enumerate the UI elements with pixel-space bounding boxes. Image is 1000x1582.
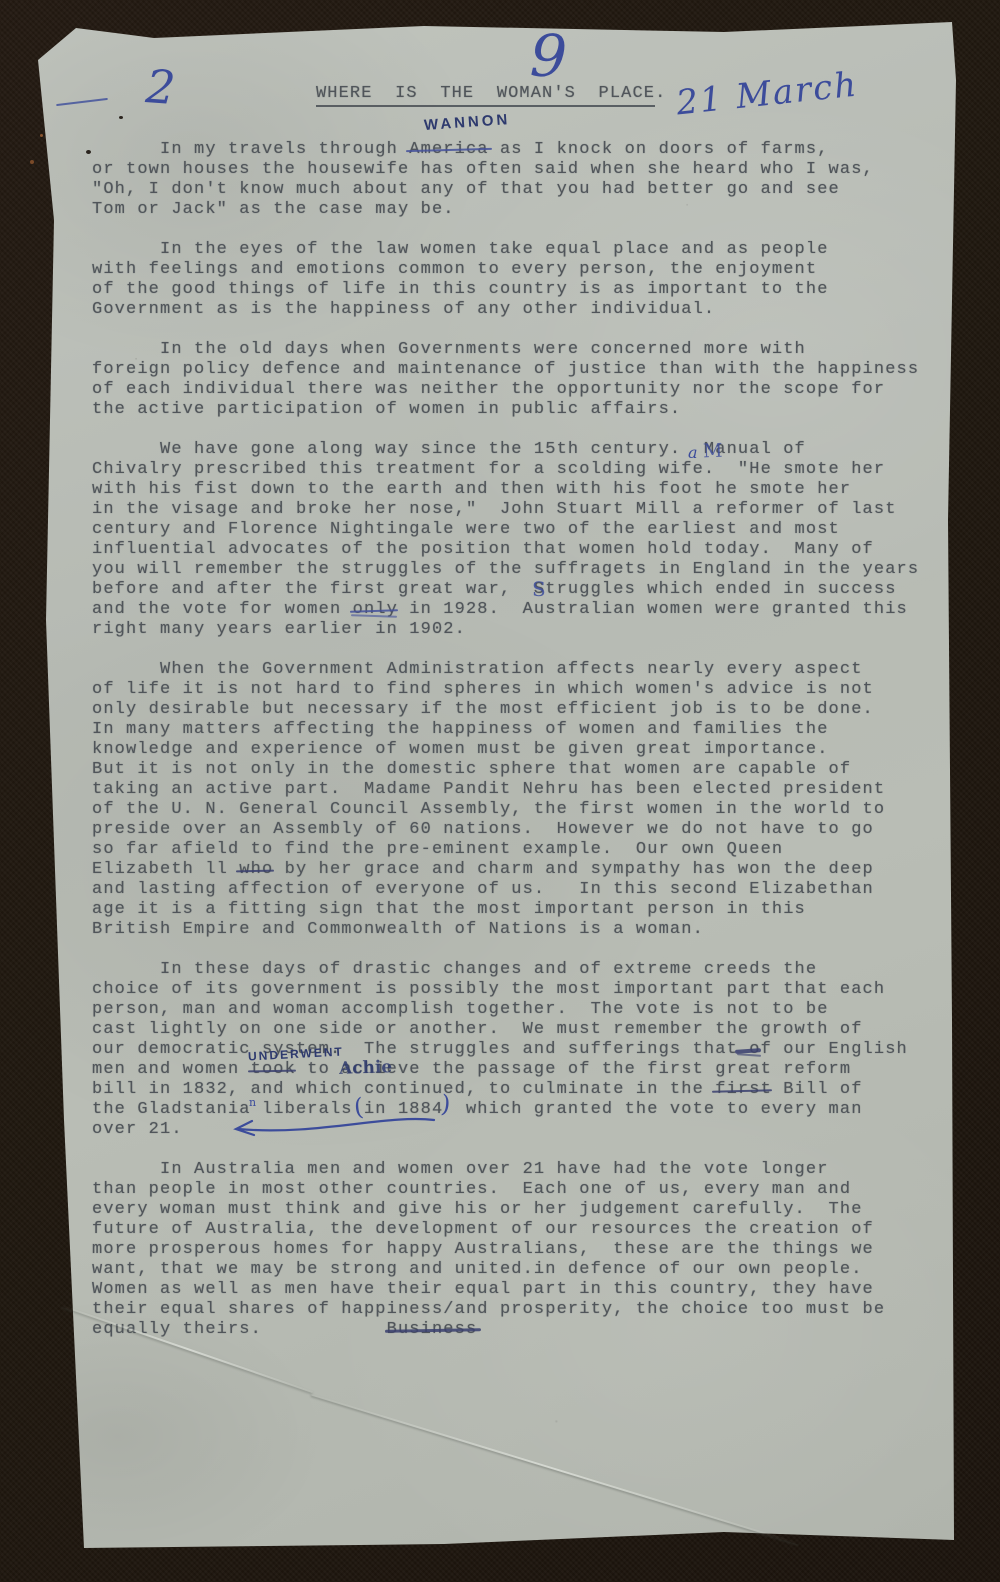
page-title-text: WHERE IS THE WOMAN'S PLACE [316,84,655,107]
handwritten-achieve-overwrite: Achie [339,1057,393,1079]
paragraph-7: In Australia men and women over 21 have … [92,1160,962,1340]
handwritten-inserted-a: a [688,443,698,462]
paper-hole [86,150,91,154]
handwritten-number-nine: 9 [529,21,568,90]
page-title-period: . [655,84,666,103]
photographed-typescript-page: WHERE IS THE WOMAN'S PLACE. In my travel… [0,0,1000,1582]
handwritten-arrow [222,1112,442,1142]
paragraph-1: In my travels through America as I knock… [92,140,962,220]
handwritten-page-number: 2 [144,59,177,115]
paragraph-3: In the old days when Governments were co… [92,340,962,420]
paper-hole-small [119,116,123,119]
handwritten-overwritten-s: S [532,577,546,601]
paragraph-4: We have gone along way since the 15th ce… [92,440,962,640]
paragraph-5: When the Government Administration affec… [92,660,962,940]
typed-body: In my travels through America as I knock… [92,140,962,1360]
paragraph-2: In the eyes of the law women take equal … [92,240,962,320]
handwritten-overwritten-m: M [703,440,723,463]
rust-speck [30,160,34,164]
handwritten-gladstania-mark: n [249,1096,256,1109]
page-title: WHERE IS THE WOMAN'S PLACE. [316,84,666,103]
rust-speck-small [40,134,43,137]
